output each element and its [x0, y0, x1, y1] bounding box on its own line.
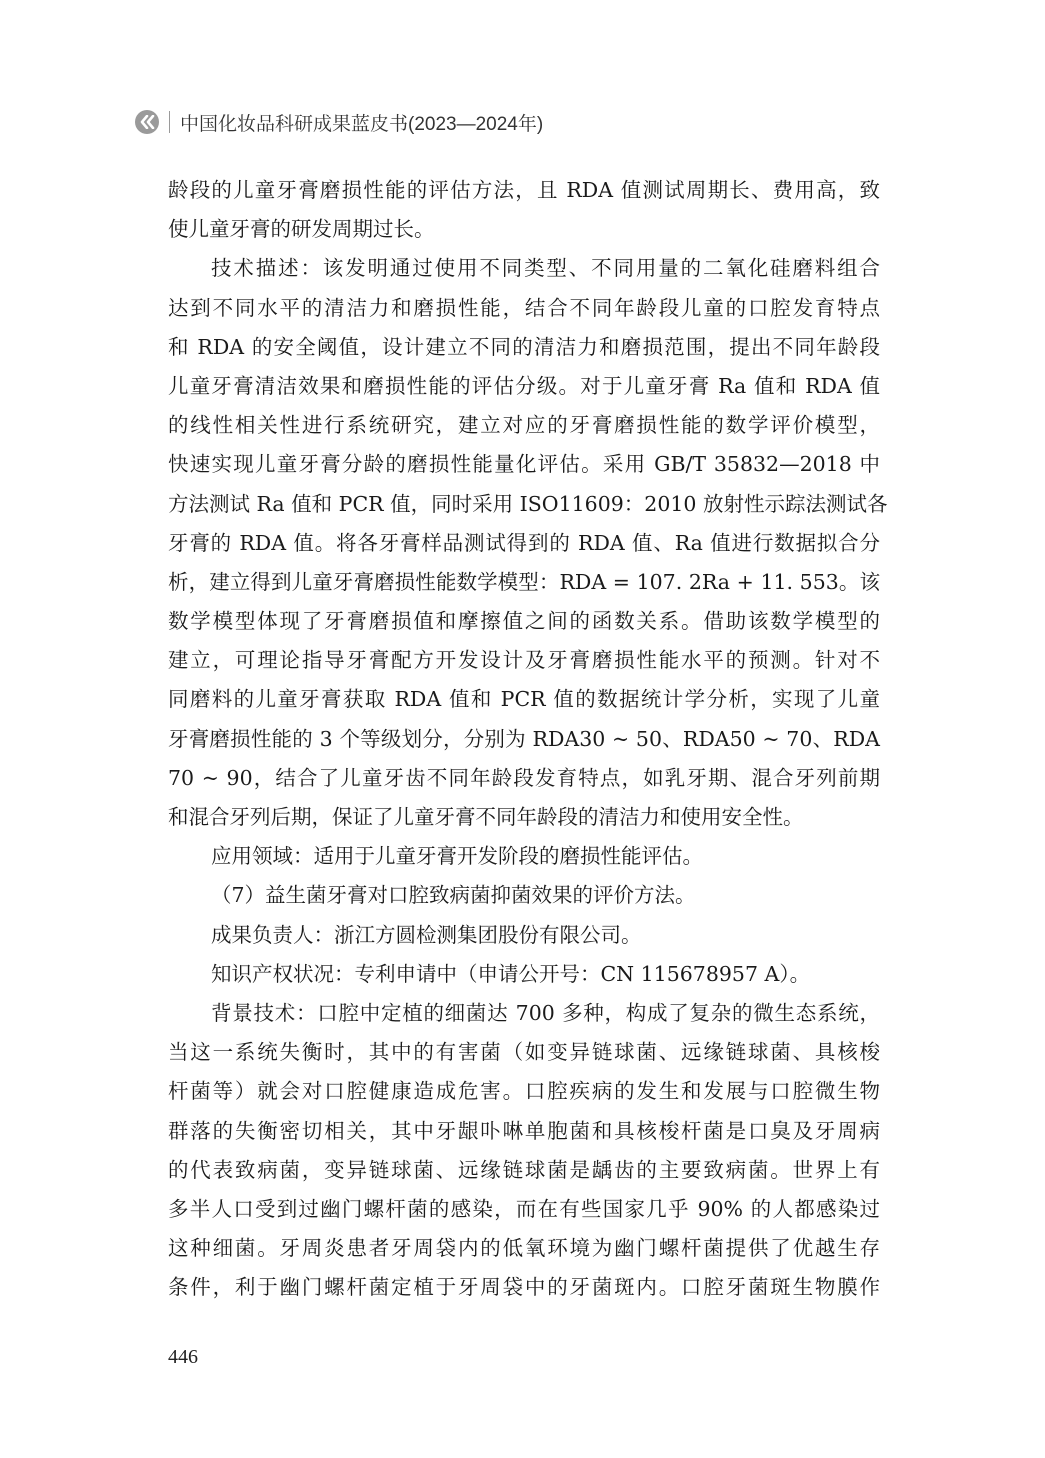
text-line: 龄段的儿童牙膏磨损性能的评估方法，且 RDA 值测试周期长、费用高，致 — [168, 171, 880, 210]
text-line: 牙膏的 RDA 值。将各牙膏样品测试得到的 RDA 值、Ra 值进行数据拟合分 — [168, 524, 880, 563]
text-line: 的线性相关性进行系统研究，建立对应的牙膏磨损性能的数学评价模型， — [168, 406, 880, 445]
text-line: 当这一系统失衡时，其中的有害菌（如变异链球菌、远缘链球菌、具核梭 — [168, 1033, 880, 1072]
text-line: 成果负责人：浙江方圆检测集团股份有限公司。 — [168, 916, 880, 955]
text-line: 建立，可理论指导牙膏配方开发设计及牙膏磨损性能水平的预测。针对不 — [168, 641, 880, 680]
double-chevron-left-icon — [135, 110, 159, 134]
running-header: 中国化妆品科研成果蓝皮书(2023—2024年) — [135, 108, 543, 136]
text-line: （7）益生菌牙膏对口腔致病菌抑菌效果的评价方法。 — [168, 876, 880, 915]
text-line: 杆菌等）就会对口腔健康造成危害。口腔疾病的发生和发展与口腔微生物 — [168, 1072, 880, 1111]
text-line: 牙膏磨损性能的 3 个等级划分，分别为 RDA30 ~ 50、RDA50 ~ 7… — [168, 720, 880, 759]
text-line: 的代表致病菌，变异链球菌、远缘链球菌是龋齿的主要致病菌。世界上有 — [168, 1151, 880, 1190]
text-line: 方法测试 Ra 值和 PCR 值，同时采用 ISO11609：2010 放射性示… — [168, 485, 880, 524]
text-line: 析，建立得到儿童牙膏磨损性能数学模型：RDA = 107. 2Ra + 11. … — [168, 563, 880, 602]
text-line: 多半人口受到过幽门螺杆菌的感染，而在有些国家几乎 90% 的人都感染过 — [168, 1190, 880, 1229]
header-divider — [169, 111, 170, 133]
text-line: 快速实现儿童牙膏分龄的磨损性能量化评估。采用 GB/T 35832—2018 中 — [168, 445, 880, 484]
body-text: 龄段的儿童牙膏磨损性能的评估方法，且 RDA 值测试周期长、费用高，致使儿童牙膏… — [168, 171, 880, 1307]
text-line: 知识产权状况：专利申请中（申请公开号：CN 115678957 A）。 — [168, 955, 880, 994]
text-line: 达到不同水平的清洁力和磨损性能，结合不同年龄段儿童的口腔发育特点 — [168, 289, 880, 328]
text-line: 应用领域：适用于儿童牙膏开发阶段的磨损性能评估。 — [168, 837, 880, 876]
text-line: 数学模型体现了牙膏磨损值和摩擦值之间的函数关系。借助该数学模型的 — [168, 602, 880, 641]
book-title: 中国化妆品科研成果蓝皮书(2023—2024年) — [180, 109, 543, 136]
page-number: 446 — [168, 1346, 198, 1369]
text-line: 70 ~ 90，结合了儿童牙齿不同年龄段发育特点，如乳牙期、混合牙列前期 — [168, 759, 880, 798]
text-line: 儿童牙膏清洁效果和磨损性能的评估分级。对于儿童牙膏 Ra 值和 RDA 值 — [168, 367, 880, 406]
text-line: 这种细菌。牙周炎患者牙周袋内的低氧环境为幽门螺杆菌提供了优越生存 — [168, 1229, 880, 1268]
text-line: 使儿童牙膏的研发周期过长。 — [168, 210, 880, 249]
text-line: 和混合牙列后期，保证了儿童牙膏不同年龄段的清洁力和使用安全性。 — [168, 798, 880, 837]
text-line: 条件，利于幽门螺杆菌定植于牙周袋中的牙菌斑内。口腔牙菌斑生物膜作 — [168, 1268, 880, 1307]
text-line: 和 RDA 的安全阈值，设计建立不同的清洁力和磨损范围，提出不同年龄段 — [168, 328, 880, 367]
text-line: 同磨料的儿童牙膏获取 RDA 值和 PCR 值的数据统计学分析，实现了儿童 — [168, 680, 880, 719]
text-line: 技术描述：该发明通过使用不同类型、不同用量的二氧化硅磨料组合 — [168, 249, 880, 288]
text-line: 群落的失衡密切相关，其中牙龈卟啉单胞菌和具核梭杆菌是口臭及牙周病 — [168, 1112, 880, 1151]
text-line: 背景技术：口腔中定植的细菌达 700 多种，构成了复杂的微生态系统， — [168, 994, 880, 1033]
